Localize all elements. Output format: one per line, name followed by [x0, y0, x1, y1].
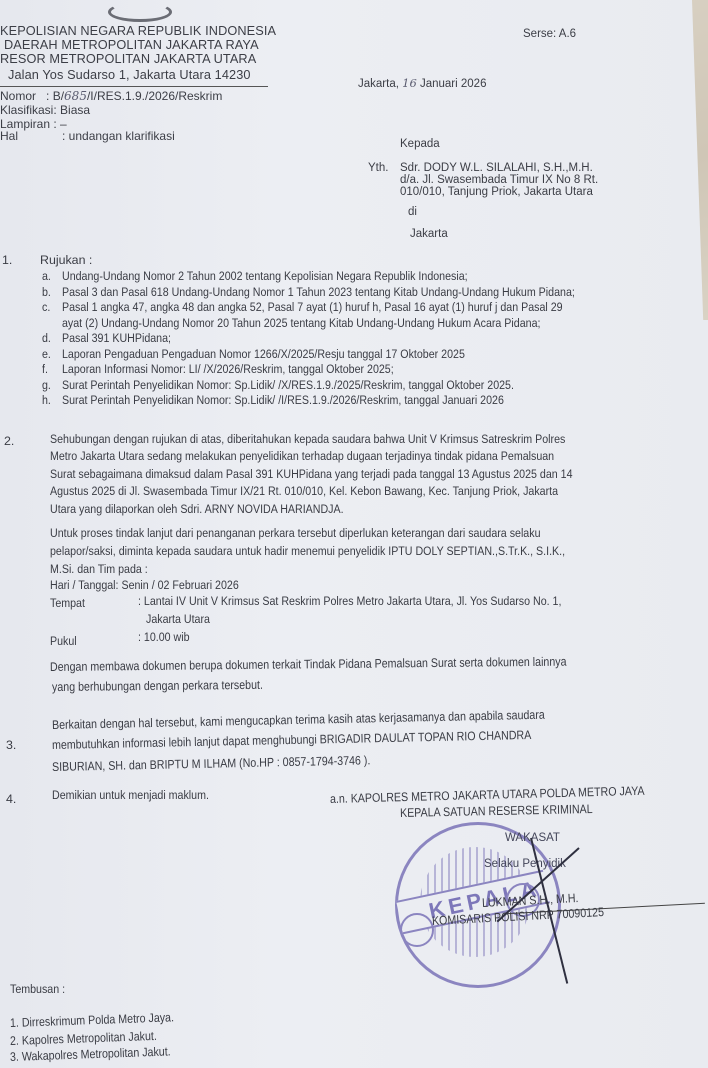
letter-page: KEPOLISIAN NEGARA REPUBLIK INDONESIA DAE… [0, 0, 708, 1068]
reference-item: Pasal 391 KUHPidana; [62, 331, 189, 345]
yth: Yth. [368, 162, 388, 174]
section1-title: Rujukan : [40, 253, 92, 267]
reference-item: Surat Perintah Penyelidikan Nomor: Sp.Li… [62, 378, 588, 392]
reference-key: c. [42, 300, 52, 314]
paragraph-line: yang berhubungan dengan perkara tersebut… [52, 677, 297, 694]
schedule-place: : Lantai IV Unit V Krimsus Sat Reskrim P… [138, 594, 630, 608]
letter-code: Serse: A.6 [523, 28, 576, 40]
paragraph-line: Surat sebagaimana dimaksud dalam Pasal 3… [50, 467, 658, 481]
handwritten-day: 16 [402, 76, 417, 90]
place-date: Jakarta, 16 Januari 2026 [358, 76, 486, 90]
reference-item: Laporan Pengaduan Pengaduan Nomor 1266/X… [62, 347, 530, 361]
paragraph-line: pelapor/saksi, diminta kepada saudara un… [50, 544, 649, 558]
kepada: Kepada [400, 138, 440, 150]
reference-item-cont: ayat (2) Undang-Undang Nomor 20 Tahun 20… [62, 316, 618, 330]
paragraph-line: Utara yang dilaporkan oleh Sdri. ARNY NO… [50, 502, 391, 516]
letterhead-line3: RESOR METROPOLITAN JAKARTA UTARA [0, 52, 256, 66]
recipient-address-1: d/a. Jl. Swasembada Timur IX No 8 Rt. [400, 174, 598, 186]
tembusan-item: 1. Dirreskrimum Polda Metro Jaya. [10, 1009, 201, 1030]
reference-key: g. [42, 378, 52, 392]
paragraph-line: SIBURIAN, SH. dan BRIPTU M ILHAM (No.HP … [52, 752, 422, 774]
letterhead-rule [0, 86, 268, 87]
stamp-emblem-icon [400, 913, 434, 947]
paragraph-line: Dengan membawa dokumen berupa dokumen te… [50, 654, 651, 674]
schedule-place-cont: Jakarta Utara [146, 612, 220, 626]
reference-item: Undang-Undang Nomor 2 Tahun 2002 tentang… [62, 269, 534, 283]
schedule-time-label: Pukul [50, 634, 81, 648]
signature-title: KEPALA SATUAN RESERSE KRIMINAL [400, 801, 624, 820]
recipient-di: di [408, 206, 417, 218]
police-emblem-icon [108, 2, 172, 22]
letterhead-line1: KEPOLISIAN NEGARA REPUBLIK INDONESIA [0, 24, 276, 38]
schedule-time: : 10.00 wib [138, 630, 198, 644]
paragraph-line: Agustus 2025 di Jl. Swasembada Timur IX/… [50, 484, 641, 498]
tembusan-title: Tembusan : [10, 982, 74, 996]
paragraph-line: Untuk proses tindak lanjut dari penangan… [50, 526, 620, 540]
hal-row: Hal: undangan klarifikasi [0, 130, 175, 143]
reference-item: Pasal 1 angka 47, angka 48 dan angka 52,… [62, 300, 644, 314]
recipient-name: Sdr. DODY W.L. SILALAHI, S.H.,M.H. [400, 162, 593, 174]
reference-key: h. [42, 393, 52, 407]
nomor-row: Nomor : B/685/I/RES.1.9./2026/Reskrim [0, 90, 222, 103]
paragraph-line: Metro Jakarta Utara sedang melakukan pen… [50, 449, 636, 463]
reference-key: d. [42, 331, 52, 345]
reference-key: a. [42, 269, 52, 283]
reference-key: b. [42, 285, 52, 299]
section2-number: 2. [4, 434, 14, 448]
reference-key: f. [42, 362, 49, 376]
letterhead-line2: DAERAH METROPOLITAN JAKARTA RAYA [4, 38, 259, 52]
signature-authority: a.n. KAPOLRES METRO JAKARTA UTARA POLDA … [330, 782, 696, 806]
handwritten-number: 685 [64, 89, 87, 103]
reference-item: Surat Perintah Penyelidikan Nomor: Sp.Li… [62, 393, 576, 407]
schedule-place-label: Tempat [50, 596, 91, 610]
reference-item: Pasal 3 dan Pasal 618 Undang-Undang Nomo… [62, 285, 658, 299]
reference-item: Laporan Informasi Nomor: LI/ /X/2026/Res… [62, 362, 448, 376]
klasifikasi: Klasifikasi: Biasa [0, 104, 90, 117]
paragraph-line: Sehubungan dengan rujukan di atas, diber… [50, 432, 649, 446]
section4-number: 4. [6, 792, 16, 806]
section3-number: 3. [6, 738, 16, 752]
paragraph-line: M.Si. dan Tim pada : [50, 562, 164, 576]
letterhead-address: Jalan Yos Sudarso 1, Jakarta Utara 14230 [8, 68, 251, 82]
schedule-date: Hari / Tanggal: Senin / 02 Februari 2026 [50, 578, 270, 592]
reference-key: e. [42, 347, 52, 361]
section1-number: 1. [2, 253, 12, 267]
section4-text: Demikian untuk menjadi maklum. [52, 788, 235, 802]
recipient-city: Jakarta [410, 228, 448, 240]
recipient-address-2: 010/010, Tanjung Priok, Jakarta Utara [400, 186, 593, 198]
